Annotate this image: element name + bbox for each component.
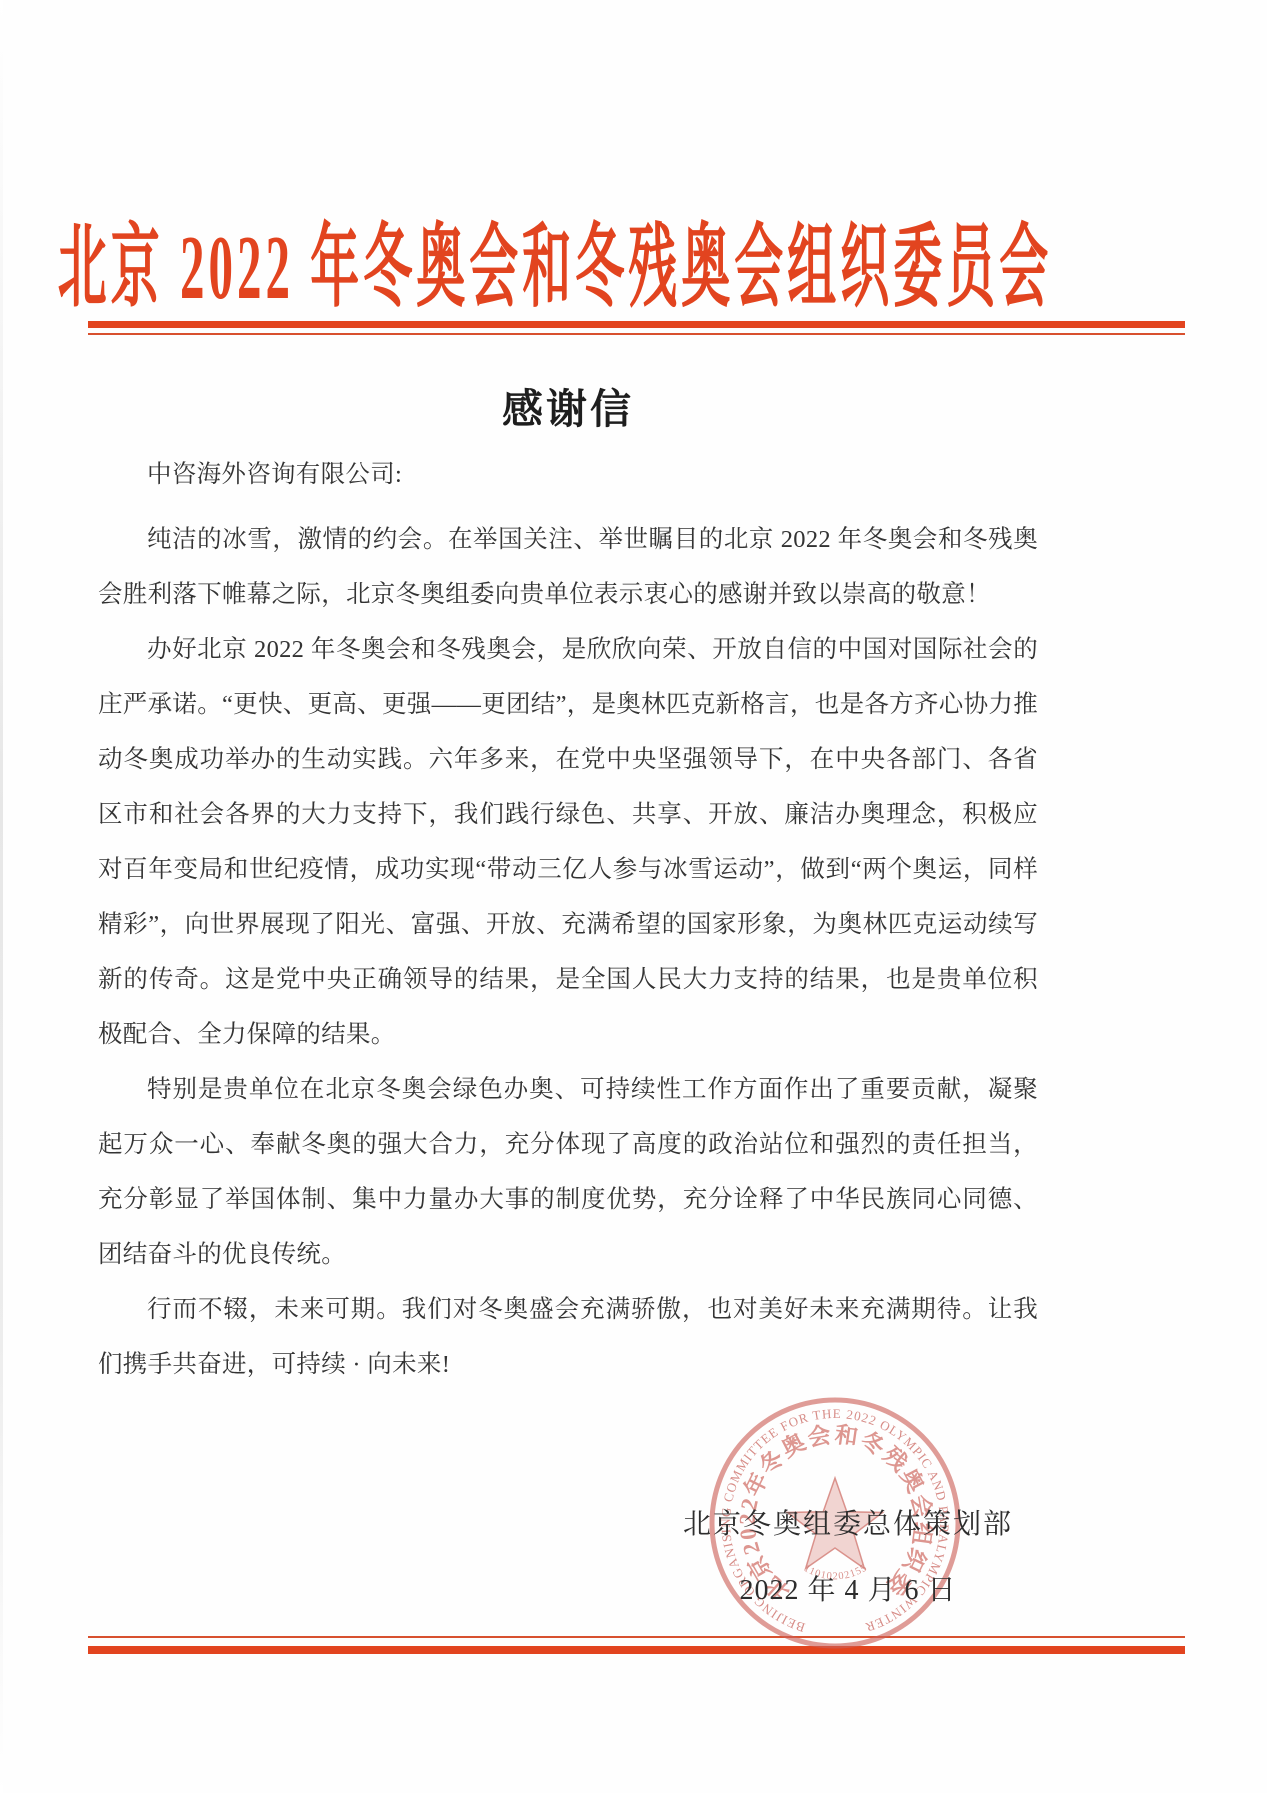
- signature-name: 北京冬奥组委总体策划部: [623, 1505, 1073, 1545]
- bottom-rule-thin: [88, 1636, 1185, 1638]
- body-paragraph-4: 行而不辍，未来可期。我们对冬奥盛会充满骄傲，也对美好未来充满期待。让我们携手共奋…: [98, 1282, 1038, 1392]
- document-title: 感谢信: [98, 376, 1038, 435]
- top-rule-thick: [88, 321, 1185, 328]
- letterhead-org-name: 北京 2022 年冬奥会和冬残奥会组织委员会: [0, 196, 1110, 326]
- body-paragraph-2: 办好北京 2022 年冬奥会和冬残奥会，是欣欣向荣、开放自信的中国对国际社会的庄…: [98, 622, 1038, 1062]
- signature-date: 2022 年 4 月 6 日: [623, 1571, 1073, 1611]
- body-paragraph-3: 特别是贵单位在北京冬奥会绿色办奥、可持续性工作方面作出了重要贡献，凝聚起万众一心…: [98, 1062, 1038, 1282]
- signature-block: 北京冬奥组委总体策划部 2022 年 4 月 6 日: [623, 1505, 1073, 1611]
- letter-page: 北京 2022 年冬奥会和冬残奥会组织委员会 感谢信 中咨海外咨询有限公司: 纯…: [0, 0, 1267, 1793]
- body-paragraph-1: 纯洁的冰雪，激情的约会。在举国关注、举世瞩目的北京 2022 年冬奥会和冬残奥会…: [98, 512, 1038, 622]
- salutation: 中咨海外咨询有限公司:: [98, 447, 1038, 502]
- bottom-rule-thick: [88, 1646, 1185, 1654]
- letter-body: 中咨海外咨询有限公司: 纯洁的冰雪，激情的约会。在举国关注、举世瞩目的北京 20…: [98, 447, 1038, 1392]
- top-rule-thin: [88, 333, 1185, 335]
